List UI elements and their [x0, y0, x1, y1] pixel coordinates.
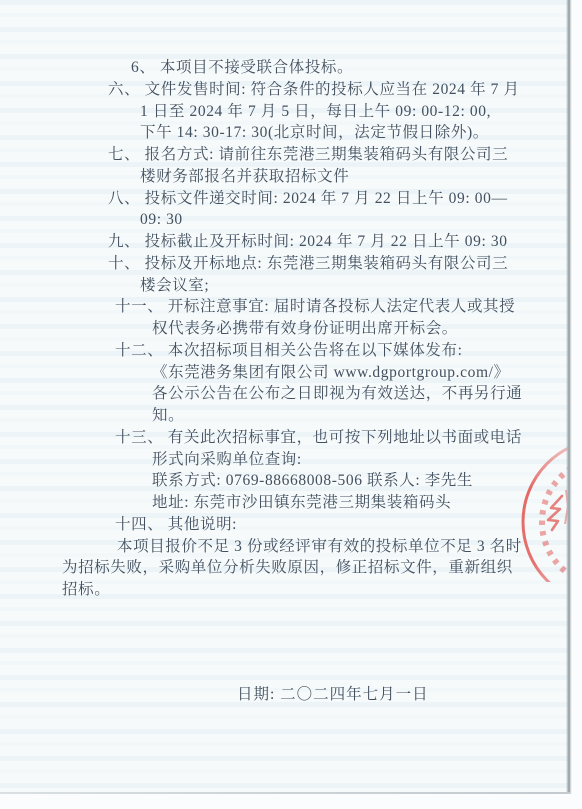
text-line: 八、 投标文件递交时间: 2024 年 7 月 22 日上午 09: 00—: [108, 188, 570, 210]
text-line: 各公示公告在公布之日即视为有效送达，不再另行通: [152, 383, 570, 405]
text-line: 十四、 其他说明:: [115, 514, 570, 536]
date-line: 日期: 二〇二四年七月一日: [237, 684, 429, 706]
text-line: 知。: [152, 405, 570, 427]
text-line: 下午 14: 30-17: 30(北京时间，法定节假日除外)。: [140, 122, 570, 144]
text-line: 1 日至 2024 年 7 月 5 日，每日上午 09: 00-12: 00,: [140, 101, 570, 123]
scan-margin-bottom: [0, 794, 572, 809]
text-line: 权代表务必携带有效身份证明出席开标会。: [152, 318, 570, 340]
text-line: 楼财务部报名并获取招标文件: [140, 166, 570, 188]
document-body: 6、 本项目不接受联合体投标。六、 文件发售时间: 符合条件的投标人应当在 20…: [0, 57, 570, 601]
text-line: 十、 投标及开标地点: 东莞港三期集装箱码头有限公司三: [108, 253, 570, 275]
scan-margin-right: [572, 0, 582, 809]
text-line: 九、 投标截止及开标时间: 2024 年 7 月 22 日上午 09: 30: [108, 231, 570, 253]
text-line: 六、 文件发售时间: 符合条件的投标人应当在 2024 年 7 月: [108, 79, 570, 101]
text-line: 地址: 东莞市沙田镇东莞港三期集装箱码头: [152, 492, 570, 514]
text-line: 十二、 本次招标项目相关公告将在以下媒体发布:: [115, 340, 570, 362]
text-line: 09: 30: [140, 209, 570, 231]
text-line: 七、 报名方式: 请前往东莞港三期集装箱码头有限公司三: [108, 144, 570, 166]
text-line: 楼会议室;: [140, 275, 570, 297]
scanned-page: 6、 本项目不接受联合体投标。六、 文件发售时间: 符合条件的投标人应当在 20…: [0, 0, 582, 809]
text-line: 为招标失败，采购单位分析失败原因，修正招标文件，重新组织: [62, 557, 570, 579]
text-line: 招标。: [62, 579, 570, 601]
text-line: 十一、 开标注意事宜: 届时请各投标人法定代表人或其授: [115, 296, 570, 318]
text-line: 本项目报价不足 3 份或经评审有效的投标单位不足 3 名时: [117, 536, 570, 558]
text-line: 6、 本项目不接受联合体投标。: [131, 57, 570, 79]
text-line: 联系方式: 0769-88668008-506 联系人: 李先生: [152, 470, 570, 492]
text-line: 十三、 有关此次招标事宜，也可按下列地址以书面或电话: [115, 427, 570, 449]
text-line: 形式向采购单位查询:: [152, 449, 570, 471]
text-line: 《东莞港务集团有限公司 www.dgportgroup.com/》: [152, 362, 570, 384]
